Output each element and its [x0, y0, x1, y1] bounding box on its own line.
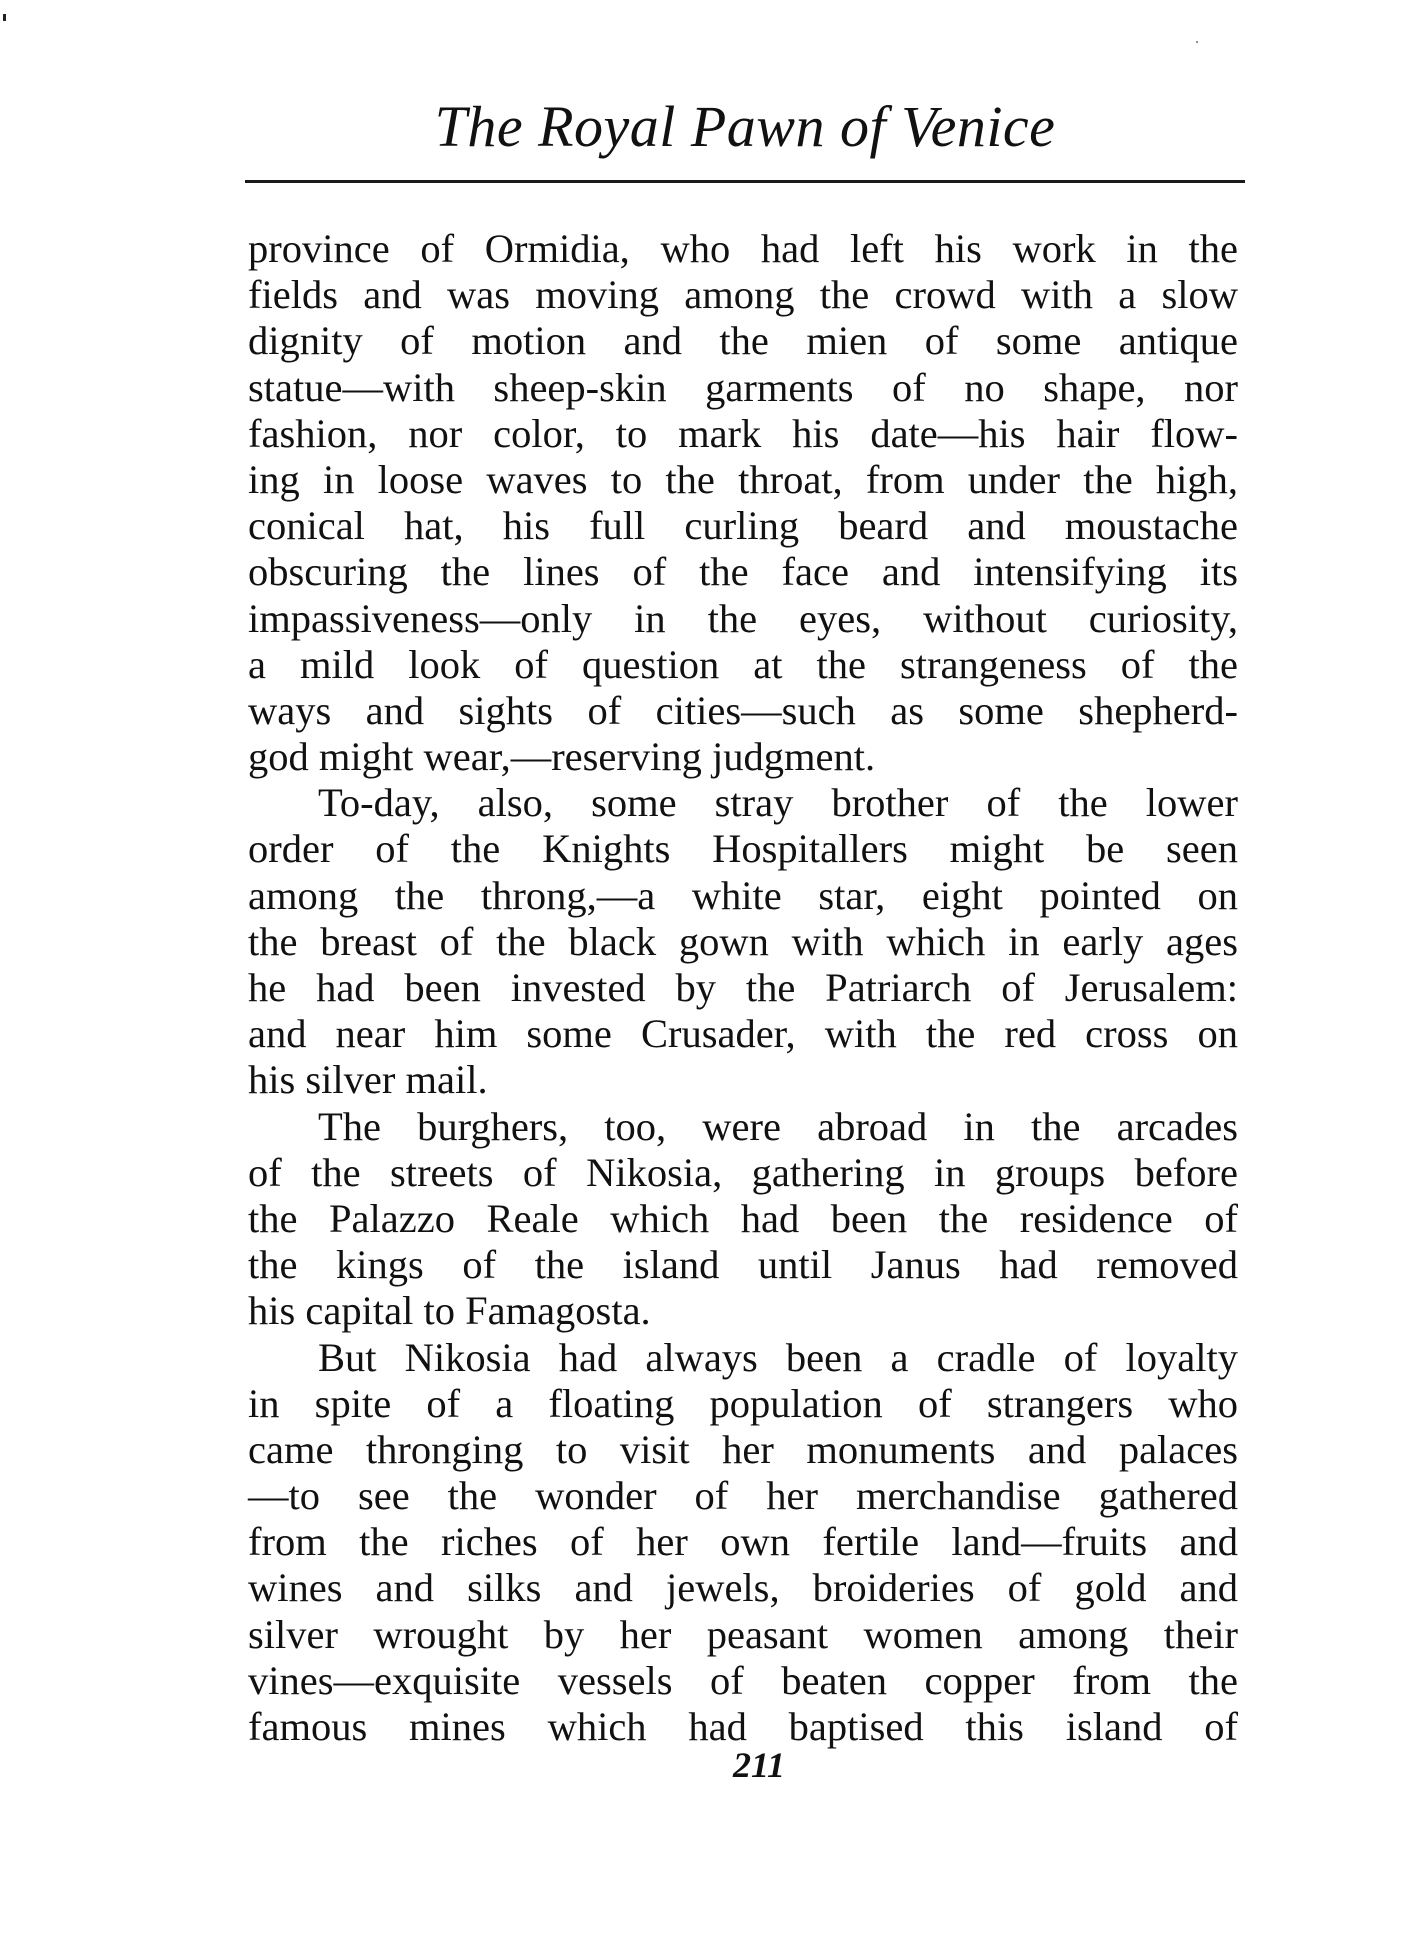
- text-line: —to see the wonder of her merchandise ga…: [248, 1473, 1238, 1519]
- text-line: the breast of the black gown with which …: [248, 919, 1238, 965]
- text-line: impassiveness—only in the eyes, without …: [248, 596, 1238, 642]
- running-head-title: The Royal Pawn of Venice: [245, 92, 1245, 162]
- text-line: To-day, also, some stray brother of the …: [248, 780, 1238, 826]
- text-line: in spite of a floating population of str…: [248, 1381, 1238, 1427]
- body-text: province of Ormidia, who had left his wo…: [248, 226, 1238, 1750]
- text-line: the Palazzo Reale which had been the res…: [248, 1196, 1238, 1242]
- text-line: he had been invested by the Patriarch of…: [248, 965, 1238, 1011]
- text-line: came thronging to visit her monuments an…: [248, 1427, 1238, 1473]
- header-rule: [245, 180, 1245, 183]
- scan-speck: [3, 14, 6, 21]
- text-line: from the riches of her own fertile land—…: [248, 1519, 1238, 1565]
- text-line: order of the Knights Hospitallers might …: [248, 826, 1238, 872]
- text-line: conical hat, his full curling beard and …: [248, 503, 1238, 549]
- text-line: statue—with sheep-skin garments of no sh…: [248, 365, 1238, 411]
- paragraph: province of Ormidia, who had left his wo…: [248, 226, 1238, 780]
- text-line: dignity of motion and the mien of some a…: [248, 318, 1238, 364]
- text-line: his capital to Famagosta.: [248, 1288, 1238, 1334]
- book-page: The Royal Pawn of Venice province of Orm…: [0, 0, 1402, 1942]
- text-line: But Nikosia had always been a cradle of …: [248, 1335, 1238, 1381]
- page-number-footer: 211: [0, 1743, 1402, 1787]
- text-line: of the streets of Nikosia, gathering in …: [248, 1150, 1238, 1196]
- paragraph: To-day, also, some stray brother of the …: [248, 780, 1238, 1103]
- text-line: silver wrought by her peasant women amon…: [248, 1612, 1238, 1658]
- text-line: fashion, nor color, to mark his date—his…: [248, 411, 1238, 457]
- text-line: vines—exquisite vessels of beaten copper…: [248, 1658, 1238, 1704]
- text-line: and near him some Crusader, with the red…: [248, 1011, 1238, 1057]
- text-line: the kings of the island until Janus had …: [248, 1242, 1238, 1288]
- text-line: a mild look of question at the strangene…: [248, 642, 1238, 688]
- text-line: fields and was moving among the crowd wi…: [248, 272, 1238, 318]
- text-line: obscuring the lines of the face and inte…: [248, 549, 1238, 595]
- text-line: ways and sights of cities—such as some s…: [248, 688, 1238, 734]
- page-number: 211: [733, 1745, 785, 1785]
- text-line: The burghers, too, were abroad in the ar…: [248, 1104, 1238, 1150]
- text-line: his silver mail.: [248, 1057, 1238, 1103]
- text-line: ing in loose waves to the throat, from u…: [248, 457, 1238, 503]
- scan-speck: [1196, 41, 1198, 43]
- paragraph: But Nikosia had always been a cradle of …: [248, 1335, 1238, 1751]
- text-line: among the throng,—a white star, eight po…: [248, 873, 1238, 919]
- text-line: province of Ormidia, who had left his wo…: [248, 226, 1238, 272]
- text-line: god might wear,—reserving judgment.: [248, 734, 1238, 780]
- text-line: wines and silks and jewels, broideries o…: [248, 1565, 1238, 1611]
- paragraph: The burghers, too, were abroad in the ar…: [248, 1104, 1238, 1335]
